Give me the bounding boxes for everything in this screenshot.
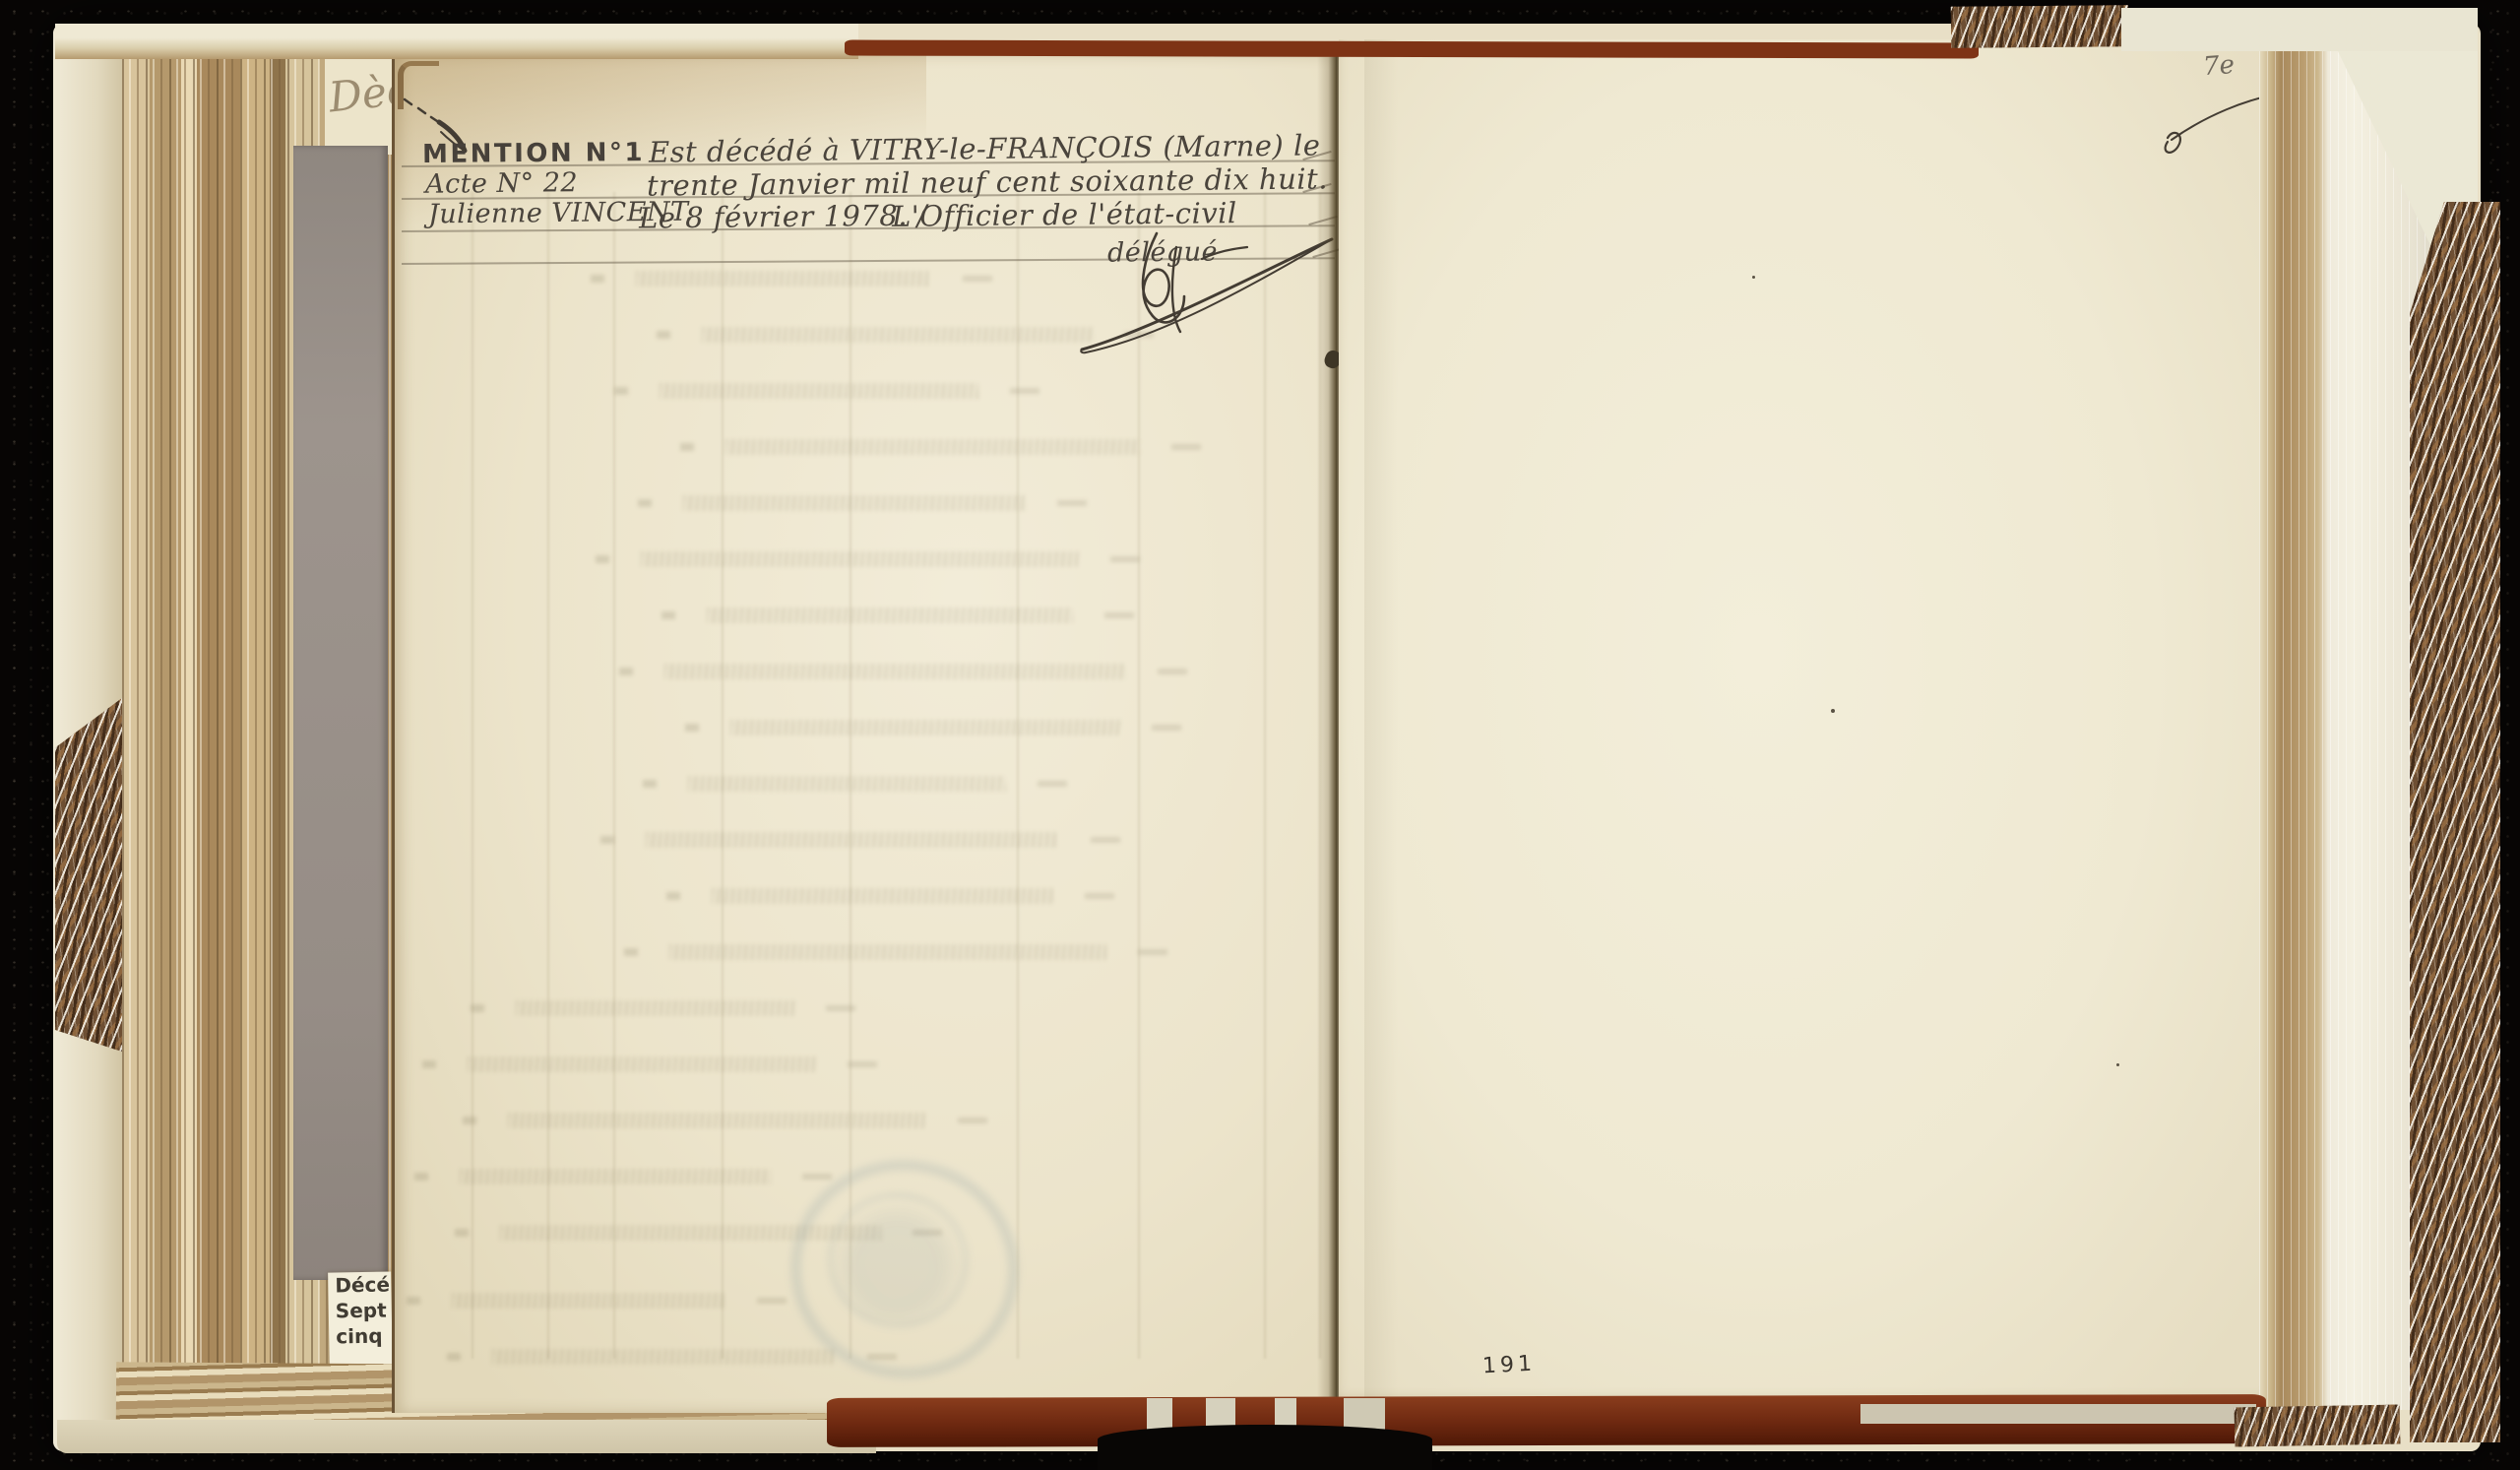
fragment-line: Décé [328,1271,391,1298]
mention-label-1: MENTION N°1 [422,138,645,169]
page-tab [1147,1398,1172,1430]
mention-label-2: Acte N° 22 [425,167,578,200]
mention-date-line: Le 8 février 1978. / [639,198,927,234]
ghost-handwriting-row [646,832,1059,848]
paper-speck [2116,1063,2119,1066]
ghost-handwriting-row [688,776,1006,792]
ghost-handwriting-row [460,1169,771,1184]
bottom-edge-right [1860,1404,2256,1424]
ghost-handwriting-row [452,1293,725,1309]
ghost-handwriting-row [636,271,931,287]
ghost-handwriting-row [660,383,978,399]
ghost-handwriting-row [683,495,1026,511]
fragment-line: cinq [329,1322,392,1349]
ghost-handwriting-row [730,720,1120,735]
ghost-handwriting-row [508,1113,926,1128]
photographed-register-scene: Dèce Décé Sept cinq MENTION N°1 Ac [0,0,2520,1470]
page-number-stamp: 191 [1481,1352,1536,1379]
paper-speck [1752,276,1755,279]
right-page: 7e 191 [1339,39,2269,1403]
ghost-column-line [1017,192,1019,1359]
top-spine-strip [845,39,1979,58]
top-marble-sliver [1951,5,2128,48]
bottom-cover-edge [57,1420,876,1453]
stamp-inner-ring [819,1184,976,1336]
page-tab [1344,1398,1385,1430]
top-edge-right [2121,8,2478,51]
cursive-fragment: Dèce [327,63,398,122]
ghost-handwriting-row [707,607,1073,623]
ghost-handwriting-row [664,664,1126,679]
underlying-page-sliver: Dèce [325,54,398,155]
ghost-handwriting-row [725,439,1140,455]
ghost-handwriting-row [492,1349,836,1365]
bottom-shadow-gap [1098,1425,1432,1470]
fragment-line: Sept [329,1297,392,1323]
ghost-handwriting-row [641,551,1079,567]
ghost-handwriting-row [702,327,1093,343]
ghost-handwriting-row [712,888,1053,904]
corner-pencil-note: 7e [2202,50,2236,82]
printed-fragment: Décé Sept cinq [328,1271,393,1373]
right-marbled-paper [2410,202,2500,1442]
ghost-handwriting-row [669,944,1106,960]
left-page: MENTION N°1 Acte N° 22 Julienne VINCENT.… [392,54,1340,1413]
ghost-handwriting-row [516,1000,794,1016]
paper-speck [1831,709,1835,713]
right-page-edge-stack [2259,39,2432,1410]
ghost-handwriting-row [468,1056,816,1072]
gray-blotter-card [293,146,388,1280]
top-edge-left [55,24,858,59]
bottom-marble-corner [2235,1405,2401,1447]
page-crease [1364,39,1398,1403]
